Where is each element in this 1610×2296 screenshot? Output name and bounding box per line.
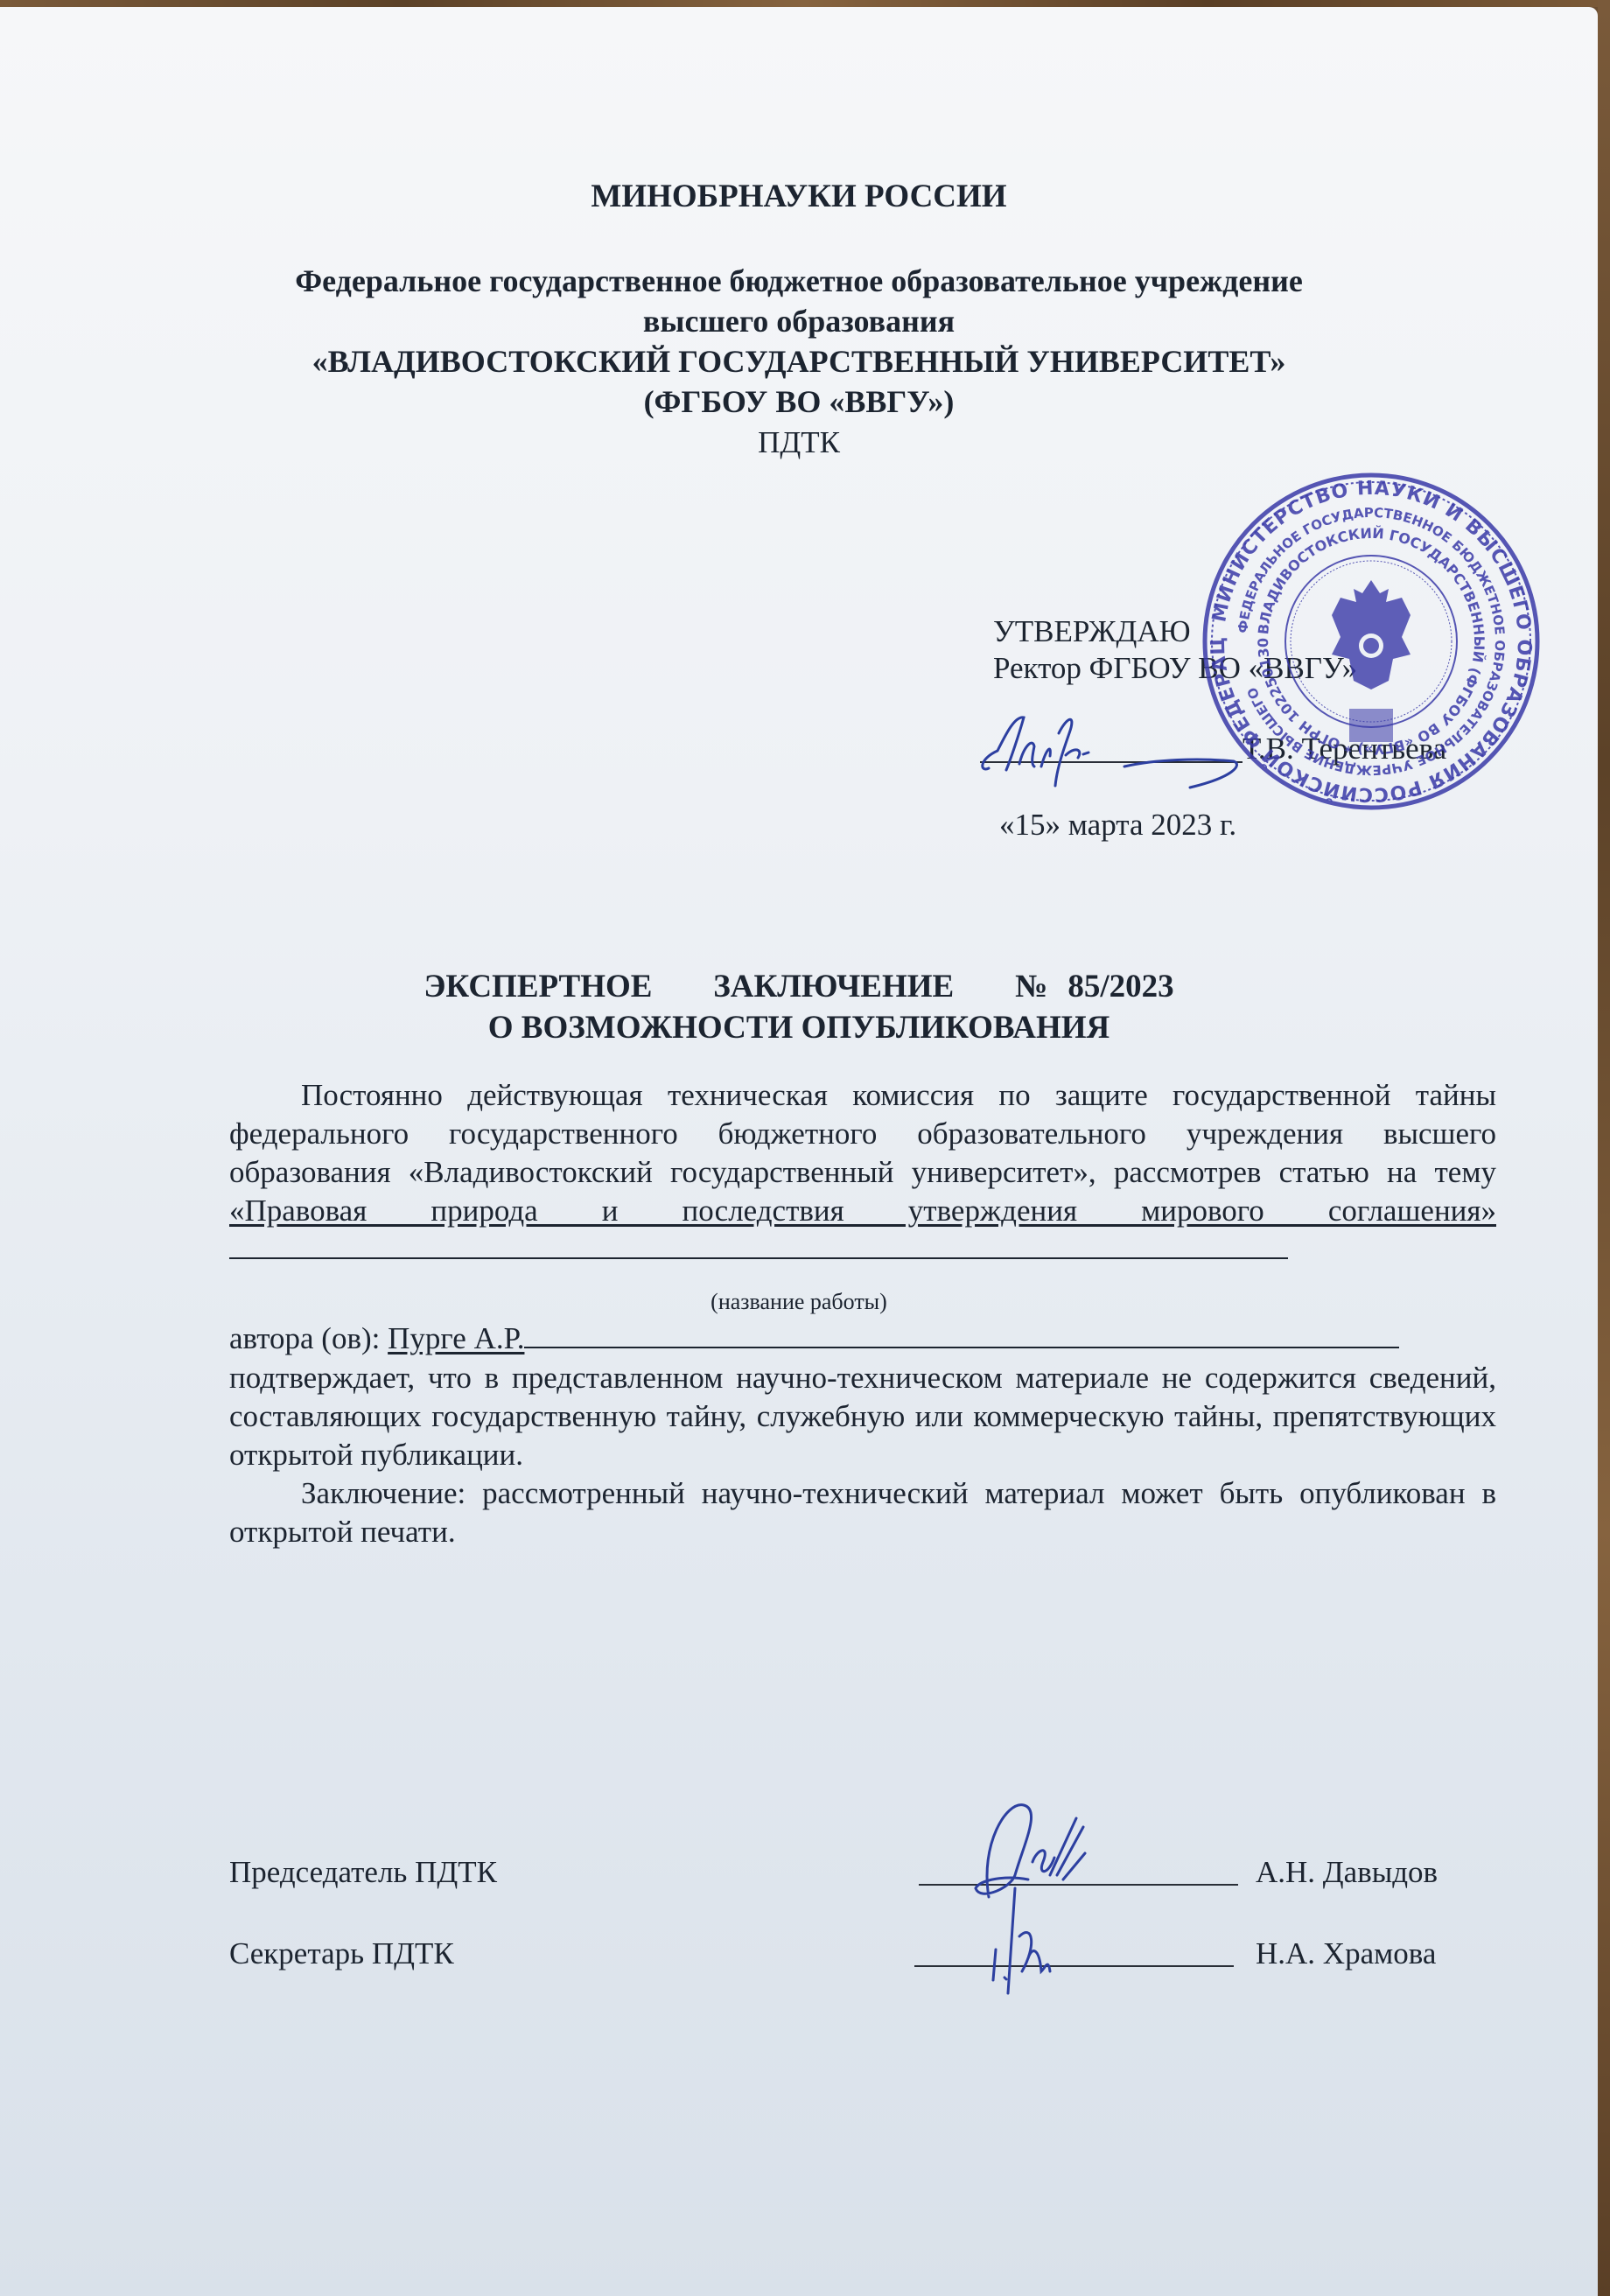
wood-surface-top <box>0 0 1610 7</box>
institution-heading: Федеральное государственное бюджетное об… <box>0 261 1598 422</box>
conclusion-subtitle: О ВОЗМОЖНОСТИ ОПУБЛИКОВАНИЯ <box>0 1009 1598 1046</box>
approval-date: «15» марта 2023 г. <box>999 808 1236 843</box>
author-line: автора (ов): Пурге А.Р. <box>229 1319 1496 1358</box>
wood-surface-right <box>1598 0 1610 2296</box>
secretary-name: Н.А. Храмова <box>1256 1936 1436 1971</box>
ministry-heading: МИНОБРНАУКИ РОССИИ <box>0 178 1598 215</box>
paragraph-intro-text: Постоянно действующая техническая комисс… <box>229 1078 1496 1189</box>
paragraph-conclusion: Заключение: рассмотренный научно-техниче… <box>229 1474 1496 1551</box>
chairman-name: А.Н. Давыдов <box>1256 1855 1438 1890</box>
work-title-value: «Правовая природа и последствия утвержде… <box>229 1193 1496 1228</box>
author-label: автора (ов): <box>229 1321 388 1355</box>
department-label: ПДТК <box>0 425 1598 460</box>
secretary-role: Секретарь ПДТК <box>229 1936 454 1971</box>
author-fill-line <box>524 1346 1399 1348</box>
institution-line-3: «ВЛАДИВОСТОКСКИЙ ГОСУДАРСТВЕННЫЙ УНИВЕРС… <box>0 341 1598 381</box>
paragraph-confirmation: подтверждает, что в представленном научн… <box>229 1359 1496 1474</box>
chairman-signature-icon <box>945 1792 1146 2002</box>
institution-line-4: (ФГБОУ ВО «ВВГУ») <box>0 381 1598 422</box>
author-value: Пурге А.Р. <box>388 1321 524 1355</box>
paragraph-commission: Постоянно действующая техническая комисс… <box>229 1076 1496 1269</box>
institution-line-2: высшего образования <box>0 301 1598 341</box>
work-title-caption: (название работы) <box>0 1289 1598 1315</box>
work-title-fill-line <box>229 1256 1288 1259</box>
conclusion-title: ЭКСПЕРТНОЕ ЗАКЛЮЧЕНИЕ № 85/2023 <box>0 968 1598 1005</box>
institution-line-1: Федеральное государственное бюджетное об… <box>0 261 1598 301</box>
chairman-role: Председатель ПДТК <box>229 1855 497 1890</box>
official-stamp-icon: МИНИСТЕРСТВО НАУКИ И ВЫСШЕГО ОБРАЗОВАНИЯ… <box>1200 471 1542 812</box>
document-page: МИНОБРНАУКИ РОССИИ Федеральное государст… <box>0 7 1598 2296</box>
